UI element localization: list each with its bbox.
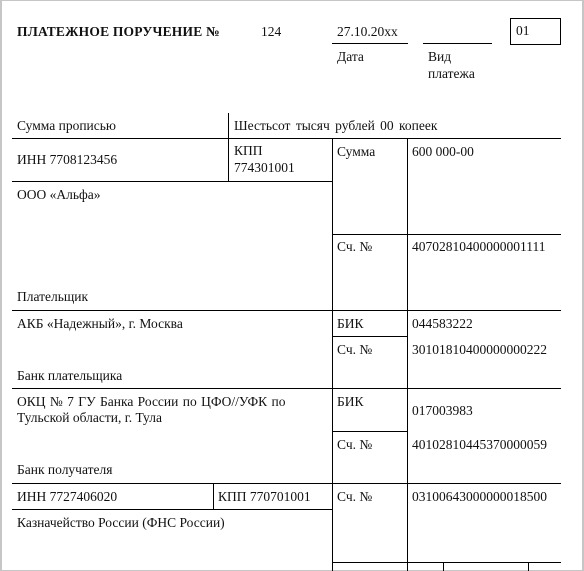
divider [443, 562, 444, 571]
payment-type-label-1: Вид [428, 49, 451, 65]
payee-bank-account-value: 40102810445370000059 [412, 437, 547, 453]
document-title: ПЛАТЕЖНОЕ ПОРУЧЕНИЕ № [17, 24, 220, 40]
date-underline [332, 43, 408, 44]
sum-label: Сумма [337, 144, 375, 160]
payee-bank-bik-value: 017003983 [412, 403, 473, 419]
payer-bank-bik-value: 044583222 [412, 316, 473, 332]
payer-bank-account-value: 30101810400000000222 [412, 342, 547, 358]
payer-name: ООО «Альфа» [17, 187, 101, 203]
payer-bank-role-label: Банк плательщика [17, 368, 122, 384]
amount-words-value: Шестьсот тысяч рублей 00 копеек [234, 118, 437, 134]
payer-role-label: Плательщик [17, 289, 88, 305]
date-label: Дата [337, 49, 364, 65]
payee-bank-role-label: Банк получателя [17, 462, 112, 478]
amount-words-label: Сумма прописью [17, 118, 116, 134]
divider [228, 113, 229, 182]
divider [407, 138, 408, 571]
payee-kpp: КПП 770701001 [218, 489, 311, 505]
sum-value: 600 000-00 [412, 144, 474, 160]
payee-account-value: 03100643000000018500 [412, 489, 547, 505]
document-number: 124 [261, 24, 281, 40]
date-value: 27.10.20xx [337, 24, 398, 40]
payee-name: Казначейство России (ФНС России) [17, 515, 225, 531]
payee-bank-account-label: Сч. № [337, 437, 372, 453]
payer-account-label: Сч. № [337, 239, 372, 255]
payer-bank-account-label: Сч. № [337, 342, 372, 358]
payment-type-underline [423, 43, 492, 44]
payment-type-label-2: платежа [428, 66, 475, 82]
divider [332, 431, 407, 432]
payee-account-label: Сч. № [337, 489, 372, 505]
divider [213, 483, 214, 509]
divider [528, 562, 529, 571]
payee-bank-name-line2: Тульской области, г. Тула [17, 410, 162, 426]
payer-account-value: 40702810400000001111 [412, 239, 546, 255]
document-frame [0, 0, 584, 571]
divider [332, 562, 561, 563]
divider [332, 336, 407, 337]
divider [12, 310, 561, 311]
divider [12, 388, 561, 389]
payee-bank-name-line1: ОКЦ № 7 ГУ Банка России по ЦФО//УФК по [17, 394, 286, 410]
divider [332, 138, 333, 571]
divider [12, 138, 561, 139]
payer-inn: ИНН 7708123456 [17, 152, 117, 168]
payer-kpp-value: 774301001 [234, 160, 295, 176]
divider [12, 483, 561, 484]
payer-kpp-label: КПП [234, 143, 263, 159]
divider [12, 509, 332, 510]
payee-bank-bik-label: БИК [337, 394, 364, 410]
payer-bank-name: АКБ «Надежный», г. Москва [17, 316, 183, 332]
divider [332, 234, 561, 235]
payee-inn: ИНН 7727406020 [17, 489, 117, 505]
divider [12, 181, 332, 182]
form-code: 01 [516, 23, 530, 39]
payer-bank-bik-label: БИК [337, 316, 364, 332]
